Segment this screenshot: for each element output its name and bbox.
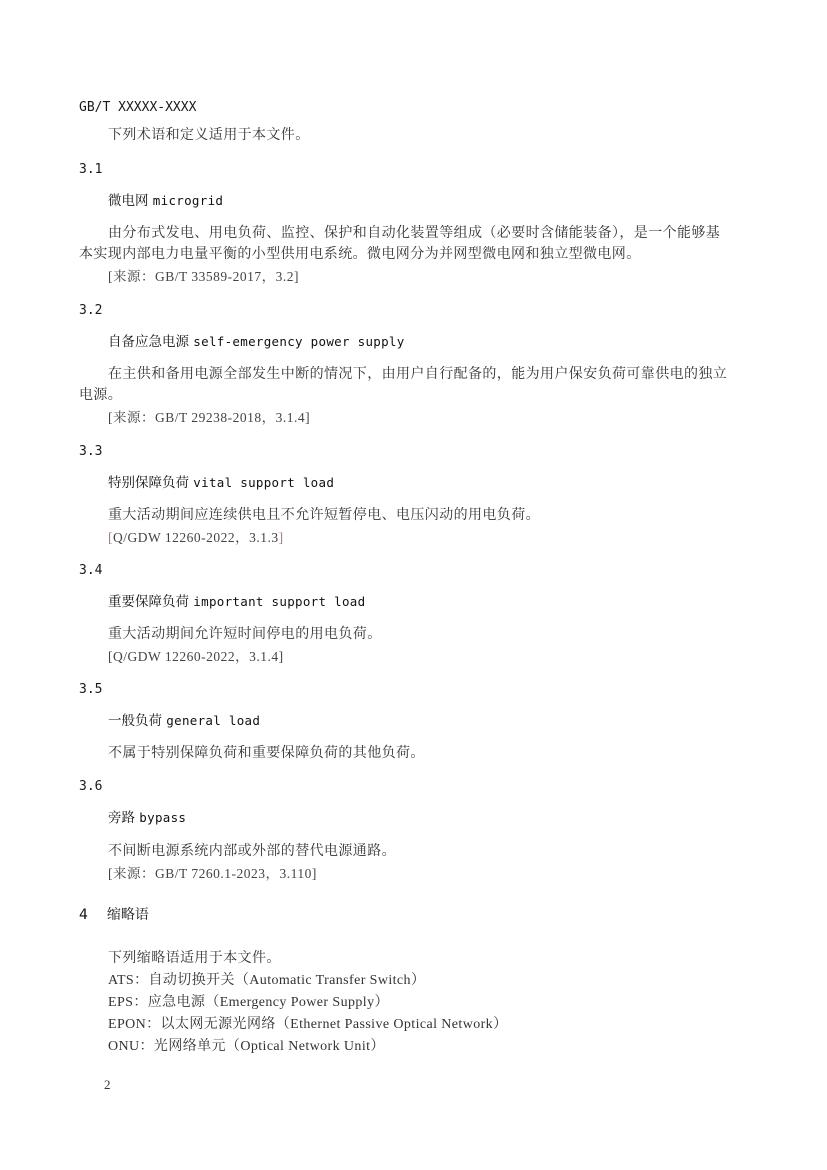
document-id: GB/T XXXXX-XXXX <box>79 101 196 114</box>
term-number: 3.6 <box>79 780 102 793</box>
term-number: 3.3 <box>79 445 102 458</box>
abbreviation-item: EPON：以太网无源光网络（Ethernet Passive Optical N… <box>108 1018 507 1032</box>
terms-intro: 下列术语和定义适用于本文件。 <box>108 129 310 143</box>
term-number: 3.5 <box>79 683 102 696</box>
abbreviation-item: EPS：应急电源（Emergency Power Supply） <box>108 996 389 1010</box>
term-title: 自备应急电源 self-emergency power supply <box>108 336 405 350</box>
term-title: 特别保障负荷 vital support load <box>108 477 334 491</box>
term-zh: 自备应急电源 <box>108 334 189 350</box>
page-number: 2 <box>104 1078 111 1091</box>
term-source: [来源：GB/T 7260.1-2023，3.110] <box>108 867 317 881</box>
term-definition-cont: 电源。 <box>79 389 122 403</box>
term-source: [来源：GB/T 29238-2018，3.1.4] <box>108 411 310 425</box>
term-zh: 旁路 <box>108 810 135 826</box>
term-en: bypass <box>139 810 186 825</box>
term-zh: 重要保障负荷 <box>108 594 189 610</box>
document-page: GB/T XXXXX-XXXX 下列术语和定义适用于本文件。 3.1 微电网 m… <box>0 0 827 1170</box>
section-heading: 4 缩略语 <box>79 908 149 922</box>
abbreviation-item: ONU：光网络单元（Optical Network Unit） <box>108 1040 385 1054</box>
abbreviation-item: ATS：自动切换开关（Automatic Transfer Switch） <box>108 974 425 988</box>
term-number: 3.2 <box>79 304 102 317</box>
term-en: self-emergency power supply <box>193 334 404 349</box>
term-en: microgrid <box>153 193 223 208</box>
term-definition: 重大活动期间允许短时间停电的用电负荷。 <box>108 628 382 642</box>
term-number: 3.1 <box>79 163 102 176</box>
term-en: general load <box>166 713 260 728</box>
abbreviations-intro: 下列缩略语适用于本文件。 <box>108 952 281 966</box>
term-zh: 一般负荷 <box>108 713 162 729</box>
term-title: 旁路 bypass <box>108 812 186 826</box>
term-source: [来源：GB/T 33589-2017，3.2] <box>108 270 299 284</box>
section-number: 4 <box>79 907 88 923</box>
term-definition: 重大活动期间应连续供电且不允许短暂停电、电压闪动的用电负荷。 <box>108 509 540 523</box>
term-en: important support load <box>193 594 365 609</box>
term-definition: 不间断电源系统内部或外部的替代电源通路。 <box>108 845 396 859</box>
term-zh: 特别保障负荷 <box>108 475 189 491</box>
section-title: 缩略语 <box>107 907 149 923</box>
term-zh: 微电网 <box>108 193 149 209</box>
term-source-body: Q/GDW 12260-2022，3.1.3 <box>113 530 279 545</box>
term-definition: 在主供和备用电源全部发生中断的情况下，由用户自行配备的，能为用户保安负荷可靠供电… <box>108 368 727 382</box>
term-number: 3.4 <box>79 564 102 577</box>
term-definition: 不属于特别保障负荷和重要保障负荷的其他负荷。 <box>108 747 425 761</box>
term-title: 重要保障负荷 important support load <box>108 596 365 610</box>
term-source: [Q/GDW 12260-2022，3.1.4] <box>108 650 284 664</box>
term-title: 一般负荷 general load <box>108 715 260 729</box>
term-title: 微电网 microgrid <box>108 195 223 209</box>
revision-bracket-close: ] <box>279 530 284 545</box>
term-en: vital support load <box>193 475 334 490</box>
term-definition: 由分布式发电、用电负荷、监控、保护和自动化装置等组成（必要时含储能装备），是一个… <box>108 227 720 241</box>
term-definition-cont: 本实现内部电力电量平衡的小型供用电系统。微电网分为并网型微电网和独立型微电网。 <box>79 248 641 262</box>
term-source: [Q/GDW 12260-2022，3.1.3] <box>108 531 284 545</box>
